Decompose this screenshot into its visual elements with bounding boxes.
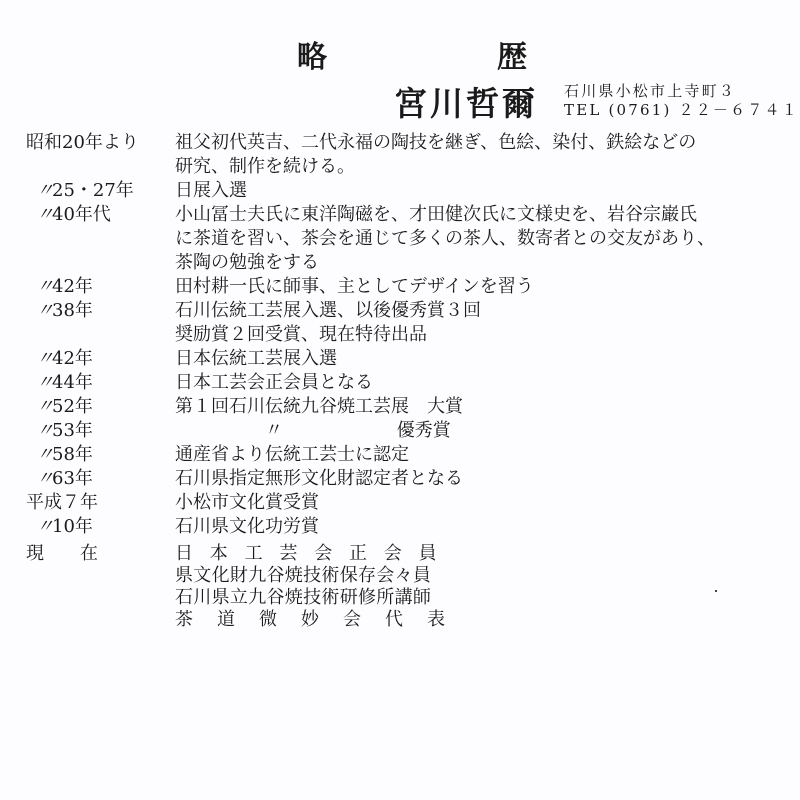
- history-description: 日本伝統工芸展入選: [145, 347, 337, 371]
- period-text: 53年: [52, 420, 93, 441]
- period-text: 63年: [52, 468, 93, 489]
- history-period: 〃38年: [0, 299, 145, 347]
- period-text: 10年: [52, 516, 93, 537]
- description-line: 日展入選: [175, 179, 247, 203]
- description-line: 通産省より伝統工芸士に認定: [175, 443, 409, 467]
- history-period: 〃40年代: [0, 203, 145, 275]
- history-row: 〃42年 田村耕一氏に師事、主としてデザインを習う: [0, 275, 800, 299]
- address-line: 石川県小松市上寺町３: [564, 82, 799, 101]
- history-row: 〃52年 第１回石川伝統九谷焼工芸展 大賞: [0, 395, 800, 419]
- ditto-mark: 〃: [26, 179, 52, 203]
- ditto-mark: 〃: [26, 371, 52, 395]
- current-label: 現 在: [0, 543, 145, 631]
- scan-speck: [715, 590, 717, 592]
- history-list: 昭和20年より 祖父初代英吉、二代永福の陶技を継ぎ、色絵、染付、鉄絵などの 研究…: [0, 131, 800, 631]
- period-text: 平成７年: [26, 492, 98, 513]
- position-line: 日本工芸会正会員: [175, 543, 469, 565]
- ditto-mark: 〃: [26, 467, 52, 491]
- history-row: 〃40年代 小山冨士夫氏に東洋陶磁を、才田健次氏に文様史を、岩谷宗巌氏 に茶道を…: [0, 203, 800, 275]
- description-line: 石川県文化功労賞: [175, 515, 319, 539]
- period-text: 40年代: [52, 204, 111, 225]
- ditto-mark: 〃: [26, 395, 52, 419]
- description-line: 小松市文化賞受賞: [175, 491, 319, 515]
- history-period: 〃53年: [0, 419, 145, 443]
- history-period: 〃52年: [0, 395, 145, 419]
- title-char-2: 歴: [497, 32, 527, 76]
- period-text: 44年: [52, 372, 93, 393]
- period-text: 42年: [52, 276, 93, 297]
- description-line: 石川伝統工芸展入選、以後優秀賞３回: [175, 299, 481, 323]
- history-period: 〃42年: [0, 275, 145, 299]
- artist-name: 宮川哲爾: [394, 78, 538, 125]
- description-line: に茶道を習い、茶会を通じて多くの茶人、数寄者との交友があり、: [175, 227, 715, 251]
- description-line: 小山冨士夫氏に東洋陶磁を、才田健次氏に文様史を、岩谷宗巌氏: [175, 203, 715, 227]
- history-period: 昭和20年より: [0, 131, 145, 179]
- history-row: 〃63年 石川県指定無形文化財認定者となる: [0, 467, 800, 491]
- history-period: 平成７年: [0, 491, 145, 515]
- history-description: 田村耕一氏に師事、主としてデザインを習う: [145, 275, 534, 299]
- description-line: 祖父初代英吉、二代永福の陶技を継ぎ、色絵、染付、鉄絵などの: [175, 131, 696, 155]
- history-row: 〃53年 〃 優秀賞: [0, 419, 800, 443]
- history-description: 日本工芸会正会員となる: [145, 371, 373, 395]
- description-line: 〃 優秀賞: [175, 419, 451, 443]
- description-line: 茶陶の勉強をする: [175, 251, 715, 275]
- description-line: 日本伝統工芸展入選: [175, 347, 337, 371]
- description-line: 日本工芸会正会員となる: [175, 371, 373, 395]
- position-line: 石川県立九谷焼技術研修所講師: [175, 587, 469, 609]
- ditto-mark: 〃: [26, 515, 52, 539]
- ditto-mark: 〃: [26, 443, 52, 467]
- history-period: 〃44年: [0, 371, 145, 395]
- history-row: 昭和20年より 祖父初代英吉、二代永福の陶技を継ぎ、色絵、染付、鉄絵などの 研究…: [0, 131, 800, 179]
- current-positions: 日本工芸会正会員 県文化財九谷焼技術保存会々員 石川県立九谷焼技術研修所講師 茶…: [145, 543, 469, 631]
- ditto-mark: 〃: [26, 347, 52, 371]
- history-row: 〃25・27年 日展入選: [0, 179, 800, 203]
- ditto-mark: 〃: [26, 419, 52, 443]
- ditto-mark: 〃: [26, 275, 52, 299]
- position-line: 県文化財九谷焼技術保存会々員: [175, 565, 469, 587]
- history-description: 小山冨士夫氏に東洋陶磁を、才田健次氏に文様史を、岩谷宗巌氏 に茶道を習い、茶会を…: [145, 203, 715, 275]
- history-row: 〃38年 石川伝統工芸展入選、以後優秀賞３回 奨励賞２回受賞、現在特待出品: [0, 299, 800, 347]
- ditto-mark: 〃: [26, 203, 52, 227]
- contact-block: 石川県小松市上寺町３ TEL (0761) ２２－６７４１: [564, 82, 799, 120]
- period-text: 42年: [52, 348, 93, 369]
- period-text: 昭和20年より: [26, 132, 139, 153]
- history-description: 〃 優秀賞: [145, 419, 451, 443]
- history-description: 日展入選: [145, 179, 247, 203]
- description-line: 奨励賞２回受賞、現在特待出品: [175, 323, 481, 347]
- history-description: 祖父初代英吉、二代永福の陶技を継ぎ、色絵、染付、鉄絵などの 研究、制作を続ける。: [145, 131, 696, 179]
- history-period: 〃42年: [0, 347, 145, 371]
- period-text: 現 在: [26, 543, 98, 564]
- period-text: 38年: [52, 300, 93, 321]
- history-row: 〃44年 日本工芸会正会員となる: [0, 371, 800, 395]
- description-line: 研究、制作を続ける。: [175, 155, 696, 179]
- period-text: 52年: [52, 396, 93, 417]
- history-row: 平成７年 小松市文化賞受賞: [0, 491, 800, 515]
- history-description: 通産省より伝統工芸士に認定: [145, 443, 409, 467]
- history-row: 〃10年 石川県文化功労賞: [0, 515, 800, 539]
- history-row: 〃58年 通産省より伝統工芸士に認定: [0, 443, 800, 467]
- history-description: 小松市文化賞受賞: [145, 491, 319, 515]
- position-line: 茶道微妙会代表: [175, 609, 469, 631]
- history-period: 〃25・27年: [0, 179, 145, 203]
- tel-line: TEL (0761) ２２－６７４１: [564, 101, 799, 120]
- history-period: 〃10年: [0, 515, 145, 539]
- history-description: 石川県指定無形文化財認定者となる: [145, 467, 463, 491]
- title-char-1: 略: [297, 32, 327, 76]
- description-line: 石川県指定無形文化財認定者となる: [175, 467, 463, 491]
- history-description: 石川伝統工芸展入選、以後優秀賞３回 奨励賞２回受賞、現在特待出品: [145, 299, 481, 347]
- ditto-mark: 〃: [26, 299, 52, 323]
- period-text: 25・27年: [52, 180, 134, 201]
- description-line: 田村耕一氏に師事、主としてデザインを習う: [175, 275, 534, 299]
- document-title: 略 歴: [297, 32, 527, 76]
- period-text: 58年: [52, 444, 93, 465]
- history-period: 〃58年: [0, 443, 145, 467]
- history-description: 第１回石川伝統九谷焼工芸展 大賞: [145, 395, 463, 419]
- history-period: 〃63年: [0, 467, 145, 491]
- current-positions-row: 現 在 日本工芸会正会員 県文化財九谷焼技術保存会々員 石川県立九谷焼技術研修所…: [0, 543, 800, 631]
- history-row: 〃42年 日本伝統工芸展入選: [0, 347, 800, 371]
- description-line: 第１回石川伝統九谷焼工芸展 大賞: [175, 395, 463, 419]
- history-description: 石川県文化功労賞: [145, 515, 319, 539]
